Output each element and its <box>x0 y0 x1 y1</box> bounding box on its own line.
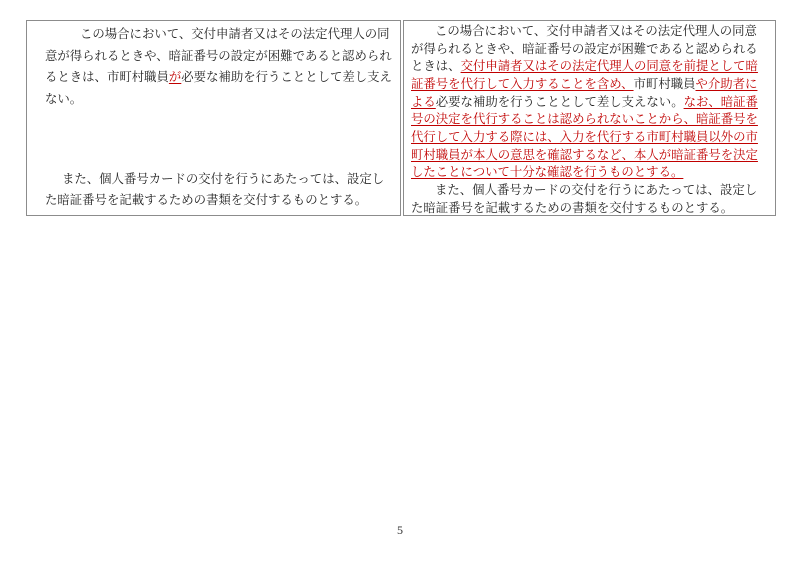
comparison-column-new: この場合において、交付申請者又はその法定代理人の同意が得られるときや、暗証番号の… <box>403 20 776 216</box>
text-run: 必要な補助を行うこととして差し支えない。 <box>436 95 684 109</box>
paragraph-new-1: この場合において、交付申請者又はその法定代理人の同意が得られるときや、暗証番号の… <box>411 23 763 182</box>
inserted-text-run: が <box>169 70 181 84</box>
paragraph-old-1: この場合において、交付申請者又はその法定代理人の同意が得られるときや、暗証番号の… <box>45 24 392 111</box>
comparison-column-old: この場合において、交付申請者又はその法定代理人の同意が得られるときや、暗証番号の… <box>26 20 401 216</box>
page-number: 5 <box>0 523 800 538</box>
text-run: また、個人番号カードの交付を行うにあたっては、設定した暗証番号を記載するための書… <box>45 172 384 208</box>
text-run: また、個人番号カードの交付を行うにあたっては、設定した暗証番号を記載するための書… <box>411 183 757 215</box>
paragraph-old-2: また、個人番号カードの交付を行うにあたっては、設定した暗証番号を記載するための書… <box>45 169 392 212</box>
text-run: 市町村職員 <box>634 77 696 91</box>
paragraph-new-2: また、個人番号カードの交付を行うにあたっては、設定した暗証番号を記載するための書… <box>411 182 763 217</box>
document-page: この場合において、交付申請者又はその法定代理人の同意が得られるときや、暗証番号の… <box>0 0 800 566</box>
